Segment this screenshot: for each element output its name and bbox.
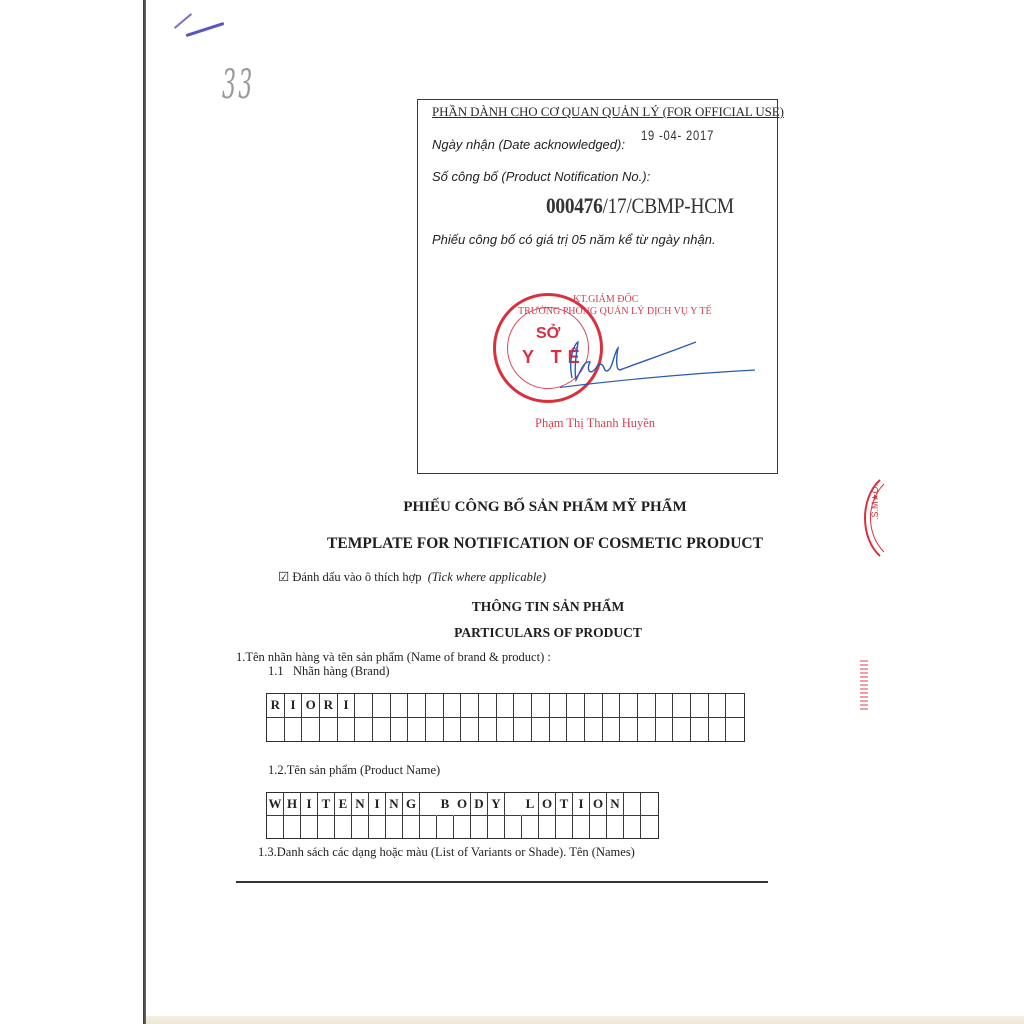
product-name-letter-grid[interactable]: WHITENINGBODYLOTION: [266, 792, 659, 839]
letter-cell[interactable]: T: [556, 793, 573, 816]
letter-cell[interactable]: [550, 694, 568, 718]
signatory-title-2: TRƯỞNG PHÒNG QUẢN LÝ DỊCH VỤ Y TẾ: [518, 306, 712, 317]
blank-cell[interactable]: [479, 718, 497, 742]
letter-cell[interactable]: N: [386, 793, 403, 816]
blank-cell[interactable]: [338, 718, 356, 742]
question-1-1-label: 1.1 Nhãn hàng (Brand): [268, 664, 390, 679]
blank-cell[interactable]: [408, 718, 426, 742]
blank-cell[interactable]: [386, 816, 403, 839]
pen-mark: [186, 22, 225, 37]
blank-cell[interactable]: [352, 816, 369, 839]
letter-cell[interactable]: [355, 694, 373, 718]
notification-number-label: Số công bố (Product Notification No.):: [432, 169, 650, 184]
blank-cell[interactable]: [420, 816, 437, 839]
blank-cell[interactable]: [403, 816, 420, 839]
letter-cell[interactable]: [603, 694, 621, 718]
letter-cell[interactable]: [532, 694, 550, 718]
letter-cell[interactable]: [426, 694, 444, 718]
blank-cell[interactable]: [302, 718, 320, 742]
letter-cell[interactable]: [391, 694, 409, 718]
blank-cell[interactable]: [522, 816, 539, 839]
letter-cell[interactable]: D: [471, 793, 488, 816]
handwritten-page-number: 33: [222, 62, 254, 108]
notification-number-value: 000476/17/CBMP-HCM: [546, 193, 734, 219]
blank-cell[interactable]: [488, 816, 505, 839]
letter-cell[interactable]: I: [301, 793, 318, 816]
letter-cell[interactable]: R: [267, 694, 285, 718]
notification-number-suffix: /17/CBMP-HCM: [602, 193, 733, 218]
blank-cell[interactable]: [585, 718, 603, 742]
letter-cell[interactable]: O: [539, 793, 556, 816]
blank-cell[interactable]: [355, 718, 373, 742]
form-title-vn: PHIẾU CÔNG BỐ SẢN PHẨM MỸ PHẨM: [33, 499, 1024, 516]
letter-cell[interactable]: [638, 694, 656, 718]
blank-cell[interactable]: [673, 718, 691, 742]
partial-stamp-fragment: [860, 660, 868, 710]
letter-cell[interactable]: N: [607, 793, 624, 816]
blank-cell[interactable]: [556, 816, 573, 839]
blank-cell[interactable]: [267, 816, 284, 839]
question-1-label: 1.Tên nhãn hàng và tên sản phẩm (Name of…: [236, 650, 551, 665]
letter-cell[interactable]: T: [318, 793, 335, 816]
blank-cell[interactable]: [656, 718, 674, 742]
blank-cell[interactable]: [514, 718, 532, 742]
blank-cell[interactable]: [267, 718, 285, 742]
blank-cell[interactable]: [497, 718, 515, 742]
letter-cell[interactable]: O: [454, 793, 471, 816]
blank-cell[interactable]: [624, 816, 641, 839]
blank-cell[interactable]: [444, 718, 462, 742]
letter-cell[interactable]: O: [590, 793, 607, 816]
blank-cell[interactable]: [471, 816, 488, 839]
blank-cell[interactable]: [573, 816, 590, 839]
blank-cell[interactable]: [285, 718, 303, 742]
letter-cell[interactable]: [514, 694, 532, 718]
letter-cell[interactable]: R: [320, 694, 338, 718]
blank-cell[interactable]: [691, 718, 709, 742]
variants-answer-line[interactable]: [236, 881, 768, 883]
tick-instruction: ☑ Đánh dấu vào ô thích hợp (Tick where a…: [278, 569, 546, 585]
pen-mark: [174, 13, 192, 29]
letter-cell[interactable]: [585, 694, 603, 718]
blank-cell[interactable]: [641, 816, 658, 839]
blank-cell[interactable]: [284, 816, 301, 839]
letter-cell[interactable]: B: [437, 793, 454, 816]
blank-cell[interactable]: [539, 816, 556, 839]
letter-cell[interactable]: [726, 694, 744, 718]
form-title-en: TEMPLATE FOR NOTIFICATION OF COSMETIC PR…: [33, 535, 1024, 553]
blank-cell[interactable]: [532, 718, 550, 742]
blank-cell[interactable]: [709, 718, 727, 742]
blank-cell[interactable]: [505, 816, 522, 839]
stamp-text-line1: SỞ: [536, 325, 560, 343]
checkbox-checked-icon: ☑: [278, 570, 289, 584]
letter-cell[interactable]: [641, 793, 658, 816]
blank-cell[interactable]: [320, 718, 338, 742]
blank-cell[interactable]: [590, 816, 607, 839]
letter-cell[interactable]: G: [403, 793, 420, 816]
blank-cell[interactable]: [567, 718, 585, 742]
section-title-en: PARTICULARS OF PRODUCT: [36, 625, 1024, 641]
validity-note: Phiếu công bố có giá trị 05 năm kể từ ng…: [432, 232, 716, 247]
blank-cell[interactable]: [437, 816, 454, 839]
letter-cell[interactable]: [620, 694, 638, 718]
letter-cell[interactable]: L: [522, 793, 539, 816]
signatory-title-1: KT.GIÁM ĐỐC: [573, 294, 638, 305]
tick-instruction-en: (Tick where applicable): [428, 570, 546, 584]
letter-cell[interactable]: [505, 793, 522, 816]
question-1-2-label: 1.2.Tên sản phẩm (Product Name): [268, 763, 440, 778]
letter-cell[interactable]: [444, 694, 462, 718]
blank-cell[interactable]: [620, 718, 638, 742]
letter-cell[interactable]: I: [573, 793, 590, 816]
date-acknowledged-value: 19 -04- 2017: [641, 127, 714, 143]
section-title-vn: THÔNG TIN SẢN PHẨM: [36, 599, 1024, 615]
question-1-3-label: 1.3.Danh sách các dạng hoặc màu (List of…: [258, 845, 635, 860]
blank-cell[interactable]: [550, 718, 568, 742]
letter-cell[interactable]: [691, 694, 709, 718]
date-acknowledged-label: Ngày nhận (Date acknowledged):: [432, 137, 625, 152]
official-use-header: PHẦN DÀNH CHO CƠ QUAN QUẢN LÝ (FOR OFFIC…: [432, 104, 784, 120]
letter-cell[interactable]: [373, 694, 391, 718]
letter-cell[interactable]: N: [352, 793, 369, 816]
letter-cell[interactable]: [461, 694, 479, 718]
blank-cell[interactable]: [461, 718, 479, 742]
blank-cell[interactable]: [318, 816, 335, 839]
blank-cell[interactable]: [603, 718, 621, 742]
letter-cell[interactable]: [673, 694, 691, 718]
tick-instruction-vn: Đánh dấu vào ô thích hợp: [292, 570, 421, 584]
letter-cell[interactable]: [408, 694, 426, 718]
blank-cell[interactable]: [638, 718, 656, 742]
letter-cell[interactable]: Y: [488, 793, 505, 816]
page-bottom-edge: [146, 1016, 1024, 1024]
letter-cell[interactable]: H: [284, 793, 301, 816]
blank-cell[interactable]: [726, 718, 744, 742]
brand-letter-grid[interactable]: RIORI: [266, 693, 745, 742]
blank-cell[interactable]: [454, 816, 471, 839]
letter-cell[interactable]: E: [335, 793, 352, 816]
blank-cell[interactable]: [301, 816, 318, 839]
letter-cell[interactable]: [479, 694, 497, 718]
signatory-name: Phạm Thị Thanh Huyền: [535, 416, 655, 431]
letter-cell[interactable]: [656, 694, 674, 718]
letter-cell[interactable]: [420, 793, 437, 816]
letter-cell[interactable]: I: [285, 694, 303, 718]
letter-cell[interactable]: [497, 694, 515, 718]
letter-cell[interactable]: I: [369, 793, 386, 816]
letter-cell[interactable]: I: [338, 694, 356, 718]
blank-cell[interactable]: [373, 718, 391, 742]
blank-cell[interactable]: [426, 718, 444, 742]
notification-number-serial: 000476: [546, 193, 602, 218]
blank-cell[interactable]: [391, 718, 409, 742]
blank-cell[interactable]: [369, 816, 386, 839]
blank-cell[interactable]: [335, 816, 352, 839]
blank-cell[interactable]: [607, 816, 624, 839]
letter-cell[interactable]: [624, 793, 641, 816]
letter-cell[interactable]: [567, 694, 585, 718]
letter-cell[interactable]: O: [302, 694, 320, 718]
signature-icon: [560, 330, 760, 390]
letter-cell[interactable]: W: [267, 793, 284, 816]
letter-cell[interactable]: [709, 694, 727, 718]
